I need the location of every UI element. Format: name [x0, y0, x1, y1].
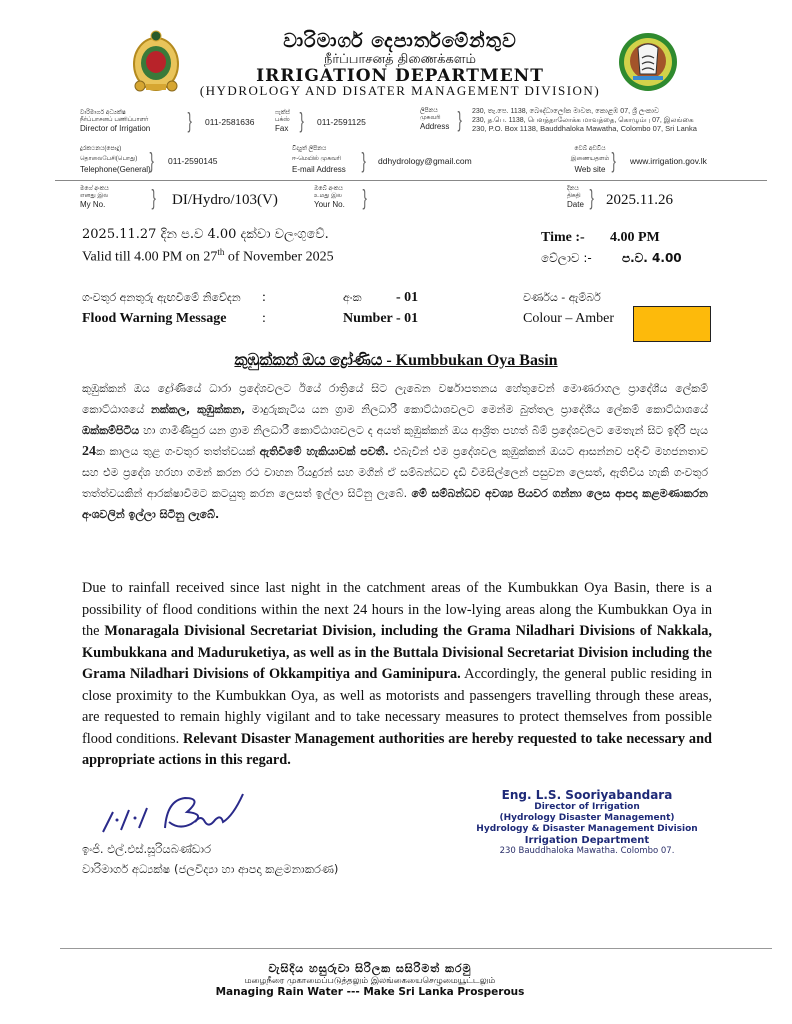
your-no-label-si: ඔබේ අංකය	[314, 186, 345, 193]
signatory-name: ඉංජි. එල්.එස්.සූරියබණ්ඩාර	[82, 839, 338, 859]
number-label-si: අංක	[343, 291, 362, 305]
your-no-label-en: Your No.	[314, 200, 345, 209]
footer-motto-si: වැසිදිය හසුරුවා සිරිලක සසිරිමත් කරමු	[180, 962, 560, 976]
address-label-en: Address	[420, 122, 460, 131]
validity-english: Valid till 4.00 PM on 27th of November 2…	[82, 247, 334, 266]
english-paragraph: Due to rainfall received since last nigh…	[82, 578, 712, 772]
date-label-si: දිනය	[567, 186, 584, 193]
colon: :	[262, 311, 266, 327]
director-label-ta: நீர்ப்பாசனப் பணிப்பாளர்	[80, 117, 190, 124]
si-text: හා ගාමිණීපුර යන ග්‍රාම නිලධාරී කොට්ඨාශවල…	[139, 424, 708, 437]
my-no-value: DI/Hydro/103(V)	[172, 192, 278, 209]
header-divider	[55, 180, 767, 181]
brace: }	[151, 187, 155, 209]
website-link[interactable]: www.irrigation.gov.lk	[630, 156, 707, 166]
address-line-en: 230, P.O. Box 1138, Bauddhaloka Mawatha,…	[472, 125, 772, 134]
header-sinhala-title: වාරිමාර්ග දෙපාර්තමේන්තුව	[150, 30, 650, 52]
footer-motto-en: Managing Rain Water --- Make Sri Lanka P…	[180, 986, 560, 998]
my-no-label-en: My No.	[80, 200, 109, 209]
my-no-label-si: මගේ අංකය	[80, 186, 109, 193]
time-value-en: 4.00 PM	[610, 230, 660, 246]
warning-label-en: Flood Warning Message	[82, 311, 226, 327]
amber-colour-swatch	[633, 306, 711, 342]
brace: }	[589, 187, 593, 209]
brace: }	[149, 150, 153, 172]
email-label-si: විද්‍යුත් ලිපිනය	[292, 146, 372, 153]
si-text: මාදුරුකැටිය යන ග්‍රාම නිලධාරී කොට්ඨාශවලට…	[245, 403, 708, 416]
director-label: වාරිමාර්ග අධ්‍යක්ෂ நீர்ப்பாசனப் பணிப்பாள…	[80, 110, 190, 133]
time-label-si: වේලාව :-	[541, 251, 592, 266]
validity-sinhala: 2025.11.27 දින ප.ව 4.00 දක්වා වලංගුවේ.	[82, 227, 329, 242]
time-value-si: ප.ව. 4.00	[622, 251, 682, 266]
email-address[interactable]: ddhydrology@gmail.com	[378, 156, 472, 166]
basin-title: කුඹුක්කන් ඔය ද්‍රෝණිය - Kumbbukan Oya Ba…	[0, 352, 792, 370]
number-value-si: - 01	[396, 290, 418, 306]
brace: }	[362, 187, 366, 209]
colon: :	[262, 290, 266, 306]
website-label-ta: இணையதளம்	[565, 156, 615, 163]
validity-prefix: Valid till 4.00 PM on 27	[82, 250, 217, 265]
website-label-si: වෙබ් අඩවිය	[565, 146, 615, 153]
address-label: ලිපිනය முகவரி Address	[420, 108, 460, 131]
si-bold: ඔක්කම්පිටිය	[82, 424, 139, 437]
director-phone: 011-2581636	[205, 117, 254, 127]
date-label-ta: திகதி	[567, 193, 584, 200]
warning-label-si: ගංවතුර අනතුරු ඇඟවීමේ නිවේදන	[82, 291, 241, 305]
address-label-si: ලිපිනය	[420, 108, 460, 115]
brace: }	[187, 110, 191, 132]
colour-label-en: Colour – Amber	[523, 311, 614, 327]
brace: }	[299, 110, 303, 132]
si-bold: 24	[82, 444, 96, 459]
stamp-name: Eng. L.S. Sooriyabandara	[462, 788, 712, 802]
stamp-subtitle: (Hydrology Disaster Management)	[462, 813, 712, 824]
si-bold: ඇතිවීමේ හැකියාවක් පවතී.	[260, 445, 389, 458]
time-label-en: Time :-	[541, 230, 585, 246]
date-value: 2025.11.26	[606, 192, 673, 209]
si-text: ක කාලය තුළ ගංවතුර තත්ත්වයක්	[96, 445, 260, 458]
my-no-label-ta: எனது இல	[80, 193, 109, 200]
address-line-si: 230, තැ.පෙ. 1138, බෞද්ධාලෝක මාවත, කොළඹ 0…	[472, 108, 772, 117]
official-stamp: Eng. L.S. Sooriyabandara Director of Irr…	[462, 788, 712, 856]
signatory-name-si: ඉංජි. එල්.එස්.සූරියබණ්ඩාර වාරිමාර්ග අධ්‍…	[82, 839, 338, 879]
general-phone: 011-2590145	[168, 156, 217, 166]
colour-label-si: වර්ණය - ඇම්බර්	[523, 291, 601, 305]
your-no-label-ta: உமது இல	[314, 193, 345, 200]
brace: }	[611, 150, 615, 172]
brace: }	[361, 150, 365, 172]
email-label: විද්‍යුත් ලිපිනය ஈ-மெயில் முகவரி E-mail …	[292, 146, 372, 174]
stamp-department: Irrigation Department	[462, 835, 712, 846]
handwritten-signature-icon	[95, 790, 275, 840]
email-label-en: E-mail Address	[292, 165, 372, 174]
your-no-label: ඔබේ අංකය உமது இல Your No.	[314, 186, 345, 209]
website-label-en: Web site	[565, 165, 615, 174]
telephone-label-en: Telephone(General)	[80, 165, 190, 174]
telephone-label-si: දුරකථනය(පොදු)	[80, 146, 190, 153]
validity-suffix: of November 2025	[224, 250, 333, 265]
email-label-ta: ஈ-மெயில் முகவரி	[292, 156, 372, 163]
fax-number: 011-2591125	[317, 117, 366, 127]
number-en: Number - 01	[343, 311, 418, 327]
date-label: දිනය திகதி Date	[567, 186, 584, 209]
signatory-title: වාරිමාර්ග අධ්‍යක්ෂ (ජලවිද්‍යා හා ආපදා කළ…	[82, 859, 338, 879]
director-label-si: වාරිමාර්ග අධ්‍යක්ෂ	[80, 110, 190, 117]
sinhala-paragraph: කුඹුක්කන් ඔය ද්‍රෝණියේ ධාරා ප්‍රදේශවලට ඊ…	[82, 378, 708, 525]
date-label-en: Date	[567, 200, 584, 209]
address-label-ta: முகவரி	[420, 115, 460, 122]
brace: }	[457, 109, 461, 131]
director-label-en: Director of Irrigation	[80, 124, 190, 133]
si-bold: නක්කල, කුඹුක්කන,	[151, 403, 245, 416]
footer-divider	[60, 948, 772, 949]
address-lines: 230, තැ.පෙ. 1138, බෞද්ධාලෝක මාවත, කොළඹ 0…	[472, 108, 772, 134]
header-division: (HYDROLOGY AND DISATER MANAGEMENT DIVISI…	[150, 83, 650, 99]
website-label: වෙබ් අඩවිය இணையதளம் Web site	[565, 146, 615, 174]
my-no-label: මගේ අංකය எனது இல My No.	[80, 186, 109, 209]
stamp-division: Hydrology & Disaster Management Division	[462, 824, 712, 835]
stamp-title: Director of Irrigation	[462, 802, 712, 813]
stamp-address: 230 Bauddhaloka Mawatha. Colombo 07.	[462, 846, 712, 856]
